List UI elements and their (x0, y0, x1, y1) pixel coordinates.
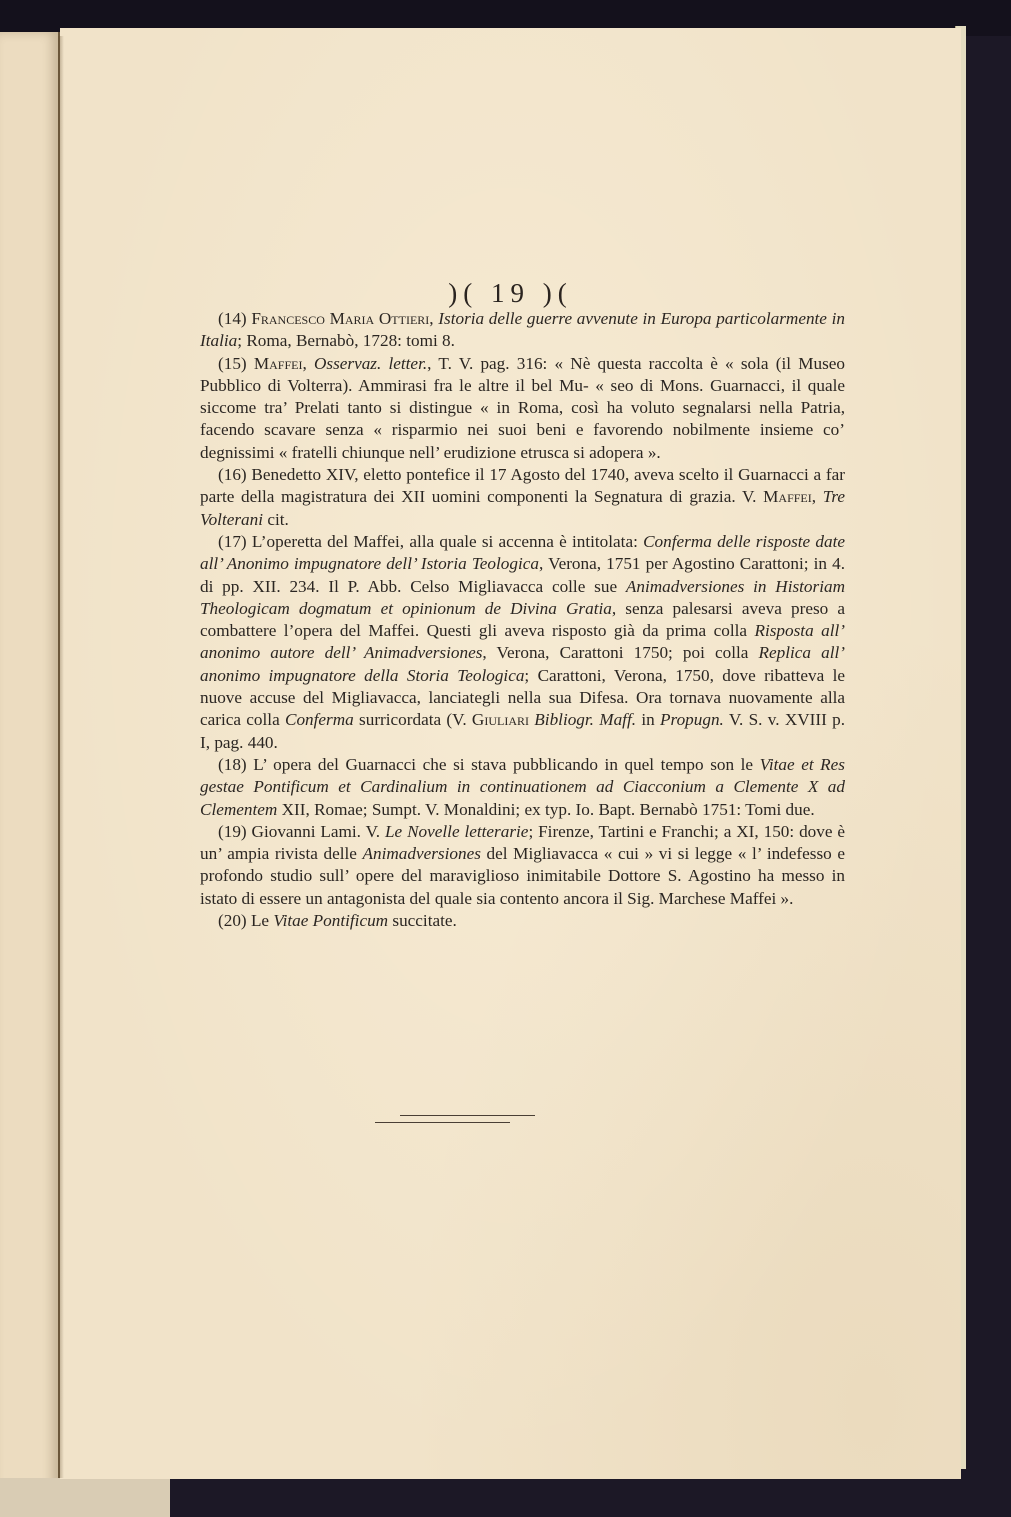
footnote-text: , (302, 354, 314, 373)
footnote-text: Le (247, 911, 274, 930)
italic-title: Propugn. (660, 710, 724, 729)
footnote-text: succitate. (388, 911, 457, 930)
italic-title: Vitae Pontificum (273, 911, 388, 930)
footnote-text: in (636, 710, 660, 729)
italic-title: Animadversiones (363, 844, 481, 863)
footnote-number: (17) (218, 532, 247, 551)
italic-title: Bibliogr. Maff. (534, 710, 636, 729)
book-page: )( 19 )( (14) Francesco Maria Ottieri, I… (60, 28, 961, 1479)
footnote: (19) Giovanni Lami. V. Le Novelle letter… (200, 821, 845, 910)
footnote-text: ; Roma, Bernabò, 1728: tomi 8. (237, 331, 455, 350)
author-name: Maffei (763, 487, 812, 506)
footnote-text: L’ opera del Guarnacci che si stava pubb… (247, 755, 760, 774)
footnote: (17) L’operetta del Maffei, alla quale s… (200, 531, 845, 754)
footnote-text: L’operetta del Maffei, alla quale si acc… (247, 532, 643, 551)
footnote-text: , (812, 487, 823, 506)
footnote-number: (19) (218, 822, 247, 841)
footnote-text (247, 354, 254, 373)
page-header: )( 19 )( (60, 278, 961, 309)
footnote-number: (20) (218, 911, 247, 930)
decorative-rule-lower (375, 1122, 510, 1123)
footnote: (20) Le Vitae Pontificum succitate. (200, 910, 845, 932)
footnote-text: , (429, 309, 438, 328)
footnote-number: (15) (218, 354, 247, 373)
footnotes-block: (14) Francesco Maria Ottieri, Istoria de… (200, 308, 845, 932)
footnote-number: (18) (218, 755, 247, 774)
italic-title: Conferma (285, 710, 354, 729)
left-page-edge (0, 32, 60, 1502)
footnote-text: Giovanni Lami. V. (247, 822, 385, 841)
footnote-text: surricordata (V. (354, 710, 472, 729)
footnote-text: Benedetto XIV, eletto pontefice il 17 Ag… (200, 465, 845, 506)
footnote-text: XII, Romae; Sumpt. V. Monaldini; ex typ.… (277, 800, 814, 819)
italic-title: Le Novelle letterarie (385, 822, 528, 841)
decorative-rule-upper (400, 1115, 535, 1116)
footnote: (15) Maffei, Osservaz. letter., T. V. pa… (200, 353, 845, 464)
footnote-number: (14) (218, 309, 247, 328)
footnote-number: (16) (218, 465, 247, 484)
author-name: Francesco Maria Ottieri (251, 309, 429, 328)
footnote: (16) Benedetto XIV, eletto pontefice il … (200, 464, 845, 531)
author-name: Maffei (254, 354, 303, 373)
author-name: Giuliari (472, 710, 529, 729)
footnote-text: , Verona, Carattoni 1750; poi colla (482, 643, 758, 662)
italic-title: Osservaz. letter. (314, 354, 427, 373)
left-page-bottom-strip (0, 1478, 170, 1517)
footnote: (14) Francesco Maria Ottieri, Istoria de… (200, 308, 845, 353)
footnote: (18) L’ opera del Guarnacci che si stava… (200, 754, 845, 821)
footnote-text: cit. (263, 510, 289, 529)
gutter-shadow (58, 36, 64, 1478)
